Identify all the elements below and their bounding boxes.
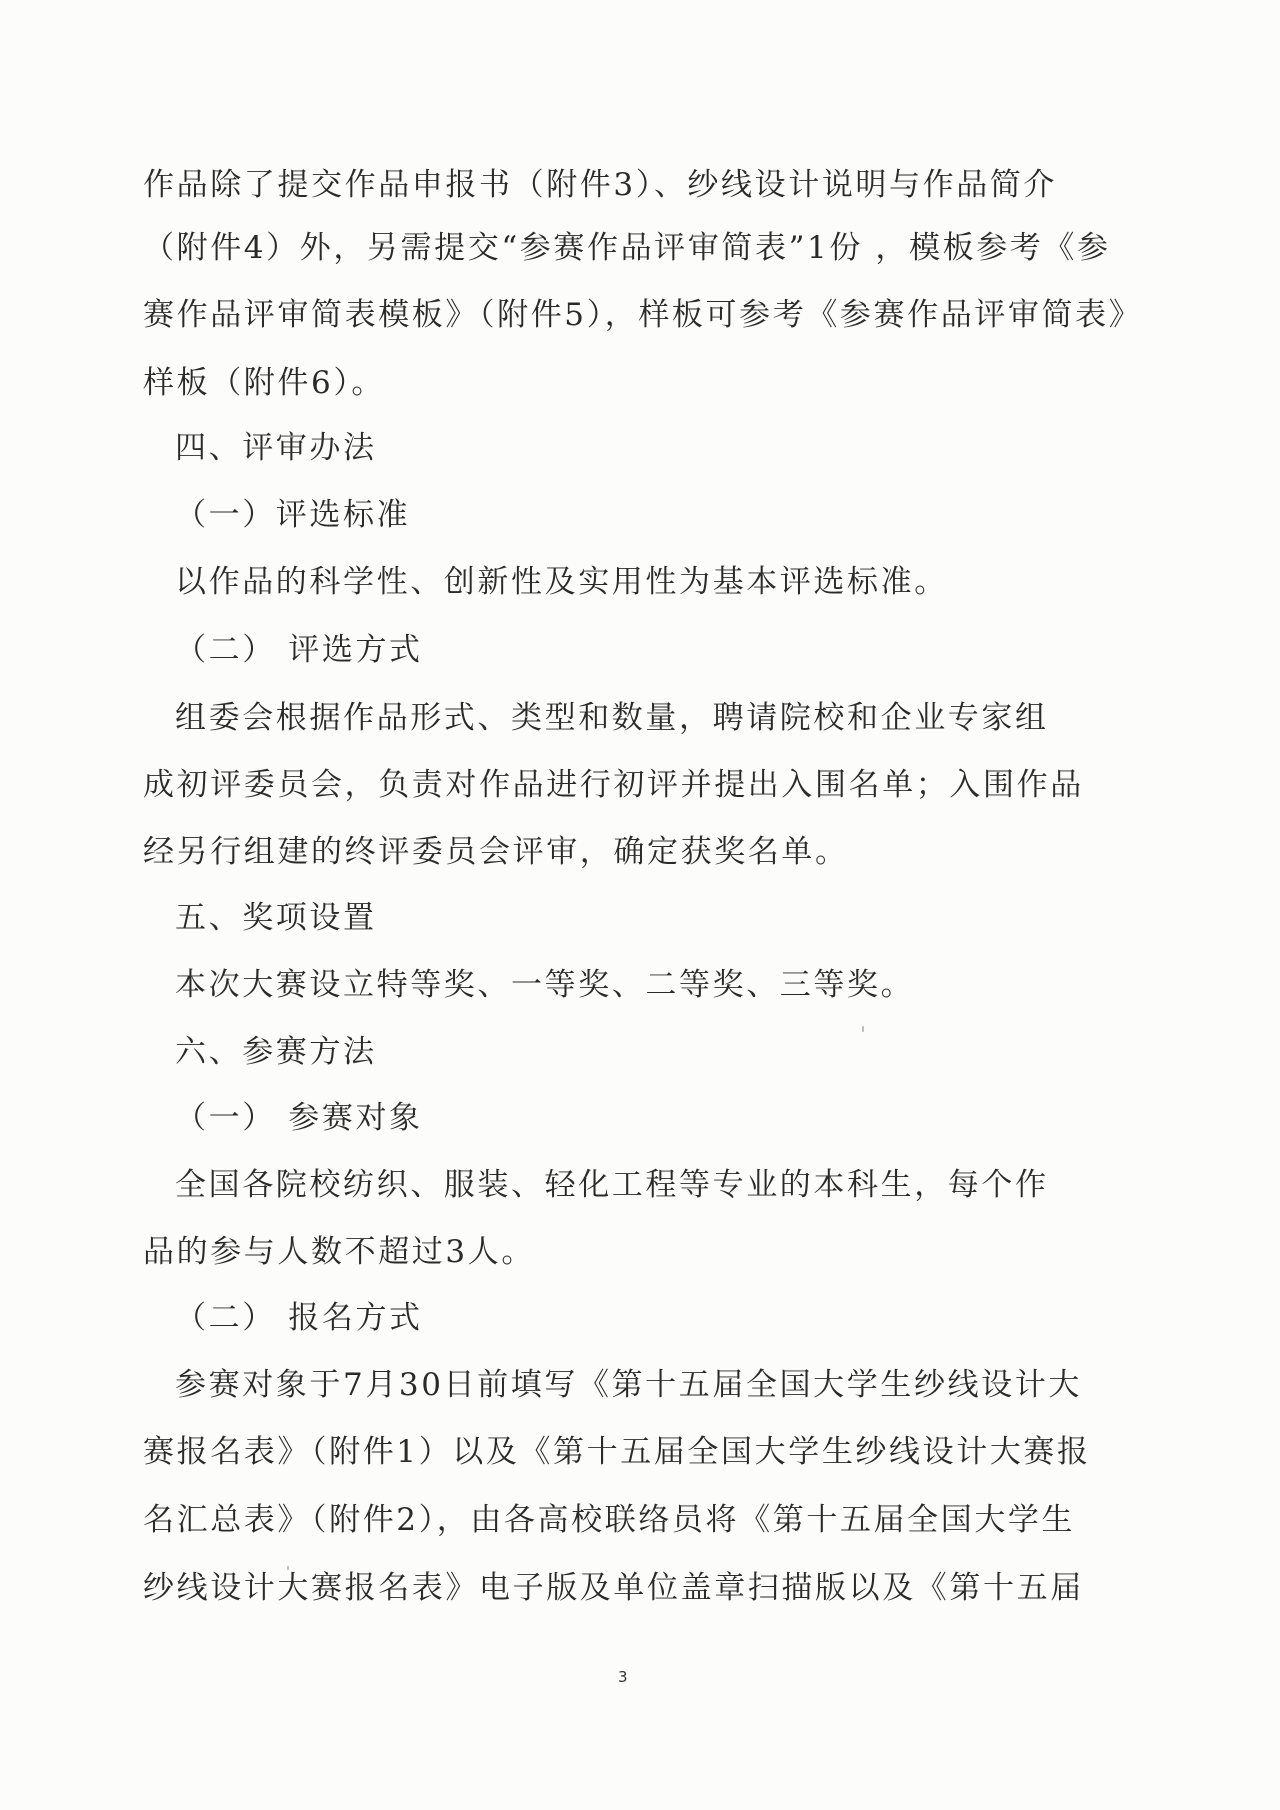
paragraph-line: 品的参与人数不超过3人。: [143, 1232, 535, 1272]
paragraph-line-indented: 全国各院校纺织、服装、轻化工程等专业的本科生，每个作: [175, 1165, 1049, 1205]
paragraph-line-indented: 参赛对象于7月30日前填写《第十五届全国大学生纱线设计大: [175, 1365, 1082, 1405]
paragraph-line: 经另行组建的终评委员会评审，确定获奖名单。: [143, 832, 849, 872]
paragraph-line: 赛作品评审简表模板》（附件5），样板可参考《参赛作品评审简表》: [143, 295, 1142, 335]
paragraph-line-indented: 六、参赛方法: [175, 1032, 377, 1072]
paragraph-line: 作品除了提交作品申报书（附件3）、纱线设计说明与作品简介: [143, 165, 1057, 205]
paragraph-line: 成初评委员会，负责对作品进行初评并提出入围名单；入围作品: [143, 765, 1084, 805]
paragraph-line-indented: （二） 评选方式: [175, 630, 423, 670]
paragraph-line: 赛报名表》（附件1）以及《第十五届全国大学生纱线设计大赛报: [143, 1432, 1091, 1472]
scan-speck: [862, 1026, 864, 1032]
paragraph-line: （附件4）外，另需提交“参赛作品评审简表”1份 ，模板参考《参: [143, 228, 1111, 268]
paragraph-line-indented: 组委会根据作品形式、类型和数量，聘请院校和企业专家组: [175, 698, 1049, 738]
paragraph-line-indented: 五、奖项设置: [175, 898, 377, 938]
scanned-document-page: 作品除了提交作品申报书（附件3）、纱线设计说明与作品简介（附件4）外，另需提交“…: [0, 0, 1280, 1810]
paragraph-line-indented: （一）评选标准: [175, 495, 410, 535]
scan-speck: [287, 1566, 289, 1570]
paragraph-line-indented: 以作品的科学性、创新性及实用性为基本评选标准。: [175, 562, 948, 602]
page-number: 3: [618, 1668, 628, 1686]
paragraph-line-indented: （二） 报名方式: [175, 1298, 423, 1338]
paragraph-line-indented: 四、评审办法: [175, 428, 377, 468]
paragraph-line: 样板（附件6）。: [143, 363, 385, 403]
paragraph-line-indented: 本次大赛设立特等奖、一等奖、二等奖、三等奖。: [175, 965, 914, 1005]
paragraph-line: 纱线设计大赛报名表》电子版及单位盖章扫描版以及《第十五届: [143, 1568, 1084, 1608]
paragraph-line: 名汇总表》（附件2），由各高校联络员将《第十五届全国大学生: [143, 1500, 1075, 1540]
paragraph-line-indented: （一） 参赛对象: [175, 1098, 423, 1138]
